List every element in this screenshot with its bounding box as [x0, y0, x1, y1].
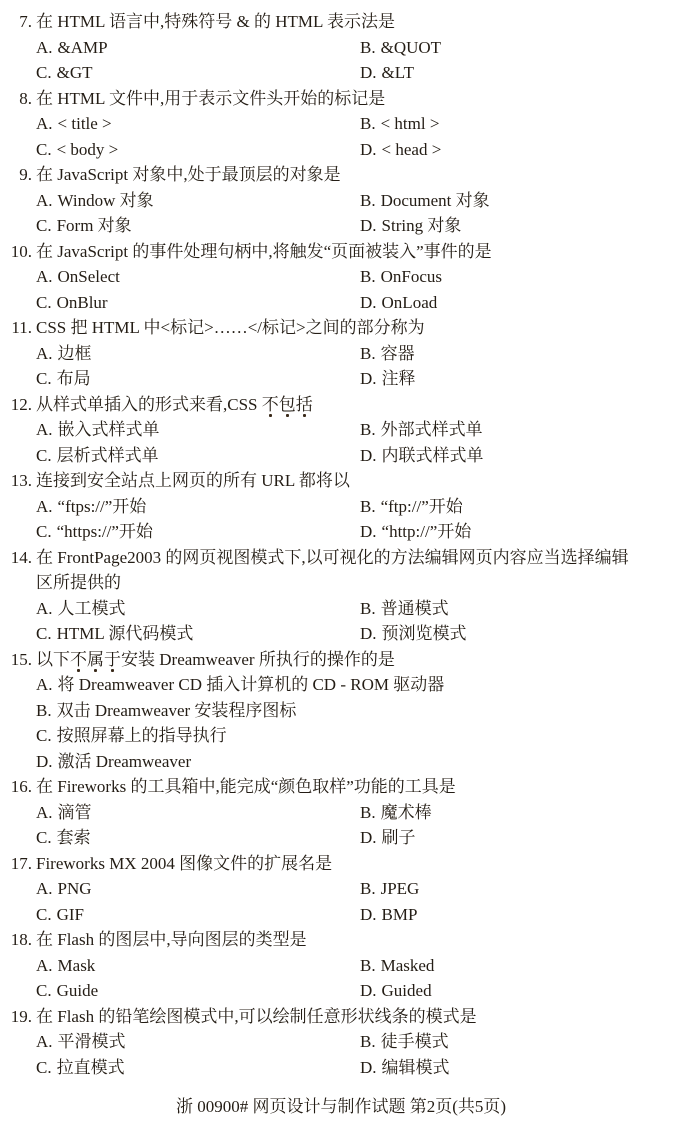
- option-text: 普通模式: [381, 599, 449, 618]
- option-label: A.: [36, 191, 53, 210]
- option-B: B.魔术棒: [360, 800, 672, 826]
- option-text: “http://”开始: [382, 522, 472, 541]
- stem-segment: 从样式单插入的形式来看,CSS: [36, 395, 262, 414]
- question-9: 9.在 JavaScript 对象中,处于最顶层的对象是A.Window 对象B…: [6, 162, 672, 239]
- option-label: C.: [36, 905, 52, 924]
- stem-segment: 在 JavaScript 对象中,处于最顶层的对象是: [36, 165, 341, 184]
- question-stem: 11.CSS 把 HTML 中<标记>……</标记>之间的部分称为: [6, 315, 672, 341]
- option-label: B.: [360, 1032, 376, 1051]
- question-text: 在 JavaScript 对象中,处于最顶层的对象是: [36, 162, 341, 188]
- option-text: “https://”开始: [57, 522, 153, 541]
- option-C: C.套索: [36, 825, 360, 851]
- option-text: “ftp://”开始: [381, 497, 463, 516]
- question-number: 11.: [6, 315, 32, 341]
- option-A: A.&AMP: [36, 35, 360, 61]
- option-text: < body >: [57, 140, 119, 159]
- question-stem: 12.从样式单插入的形式来看,CSS 不包括: [6, 392, 672, 418]
- option-B: B.容器: [360, 341, 672, 367]
- question-11: 11.CSS 把 HTML 中<标记>……</标记>之间的部分称为A.边框B.容…: [6, 315, 672, 392]
- option-D: D.&LT: [360, 60, 672, 86]
- option-text: OnBlur: [57, 293, 108, 312]
- option-text: &QUOT: [381, 38, 441, 57]
- question-number: 17.: [6, 851, 32, 877]
- options: A.PNGB.JPEGC.GIFD.BMP: [6, 876, 672, 927]
- option-label: C.: [36, 828, 52, 847]
- option-text: 内联式样式单: [382, 446, 484, 465]
- option-B: B.徒手模式: [360, 1029, 672, 1055]
- option-A: A.Mask: [36, 953, 360, 979]
- option-A: A.Window 对象: [36, 188, 360, 214]
- option-D: D.“http://”开始: [360, 519, 672, 545]
- option-D: D.刷子: [360, 825, 672, 851]
- option-text: OnFocus: [381, 267, 442, 286]
- option-label: C.: [36, 216, 52, 235]
- option-text: < title >: [58, 114, 112, 133]
- options: A.将 Dreamweaver CD 插入计算机的 CD - ROM 驱动器B.…: [6, 672, 672, 774]
- option-text: 人工模式: [58, 599, 126, 618]
- option-text: 激活 Dreamweaver: [58, 752, 192, 771]
- option-A: A.平滑模式: [36, 1029, 360, 1055]
- option-text: 布局: [57, 369, 91, 388]
- option-label: A.: [36, 675, 53, 694]
- option-label: B.: [360, 956, 376, 975]
- stem-segment: 安装 Dreamweaver 所执行的操作的是: [121, 650, 395, 669]
- question-text: 在 HTML 语言中,特殊符号 & 的 HTML 表示法是: [36, 9, 395, 35]
- option-label: D.: [360, 828, 377, 847]
- option-text: 徒手模式: [381, 1032, 449, 1051]
- option-text: 拉直模式: [57, 1058, 125, 1077]
- option-label: C.: [36, 140, 52, 159]
- question-text: CSS 把 HTML 中<标记>……</标记>之间的部分称为: [36, 315, 425, 341]
- stem-segment: CSS 把 HTML 中<标记>……</标记>之间的部分称为: [36, 318, 425, 337]
- option-text: Guide: [57, 981, 99, 1000]
- option-C: C.&GT: [36, 60, 360, 86]
- option-label: C.: [36, 981, 52, 1000]
- option-B: B.< html >: [360, 111, 672, 137]
- question-18: 18.在 Flash 的图层中,导向图层的类型是A.MaskB.MaskedC.…: [6, 927, 672, 1004]
- option-label: D.: [360, 293, 377, 312]
- question-number: 7.: [6, 9, 32, 35]
- option-text: 套索: [57, 828, 91, 847]
- question-stem: 15.以下不属于安装 Dreamweaver 所执行的操作的是: [6, 647, 672, 673]
- option-D: D.BMP: [360, 902, 672, 928]
- question-text: 在 Flash 的铅笔绘图模式中,可以绘制任意形状线条的模式是: [36, 1004, 477, 1030]
- option-label: A.: [36, 267, 53, 286]
- option-label: A.: [36, 114, 53, 133]
- option-text: 刷子: [382, 828, 416, 847]
- option-A: A.“ftps://”开始: [36, 494, 360, 520]
- option-label: C.: [36, 624, 52, 643]
- option-C: C.按照屏幕上的指导执行: [36, 723, 672, 749]
- option-label: C.: [36, 369, 52, 388]
- options: A.< title >B.< html >C.< body >D.< head …: [6, 111, 672, 162]
- options: A.&AMPB.&QUOTC.&GTD.&LT: [6, 35, 672, 86]
- option-label: A.: [36, 38, 53, 57]
- question-stem: 13.连接到安全站点上网页的所有 URL 都将以: [6, 468, 672, 494]
- option-B: B.JPEG: [360, 876, 672, 902]
- option-label: C.: [36, 726, 52, 745]
- option-label: A.: [36, 599, 53, 618]
- option-B: B.Masked: [360, 953, 672, 979]
- option-text: 将 Dreamweaver CD 插入计算机的 CD - ROM 驱动器: [58, 675, 445, 694]
- question-number: 9.: [6, 162, 32, 188]
- option-label: D.: [360, 369, 377, 388]
- question-number: 8.: [6, 86, 32, 112]
- option-label: A.: [36, 956, 53, 975]
- page-footer: 浙 00900# 网页设计与制作试题 第2页(共5页): [0, 1094, 682, 1119]
- question-8: 8.在 HTML 文件中,用于表示文件头开始的标记是A.< title >B.<…: [6, 86, 672, 163]
- option-text: Window 对象: [58, 191, 154, 210]
- option-B: B.外部式样式单: [360, 417, 672, 443]
- option-text: 嵌入式样式单: [58, 420, 160, 439]
- option-label: B.: [360, 803, 376, 822]
- option-label: D.: [360, 522, 377, 541]
- option-D: D.OnLoad: [360, 290, 672, 316]
- stem-segment: 以下: [36, 650, 70, 669]
- option-text: 边框: [58, 344, 92, 363]
- option-A: A.PNG: [36, 876, 360, 902]
- option-label: B.: [360, 344, 376, 363]
- option-label: D.: [360, 624, 377, 643]
- option-label: D.: [360, 905, 377, 924]
- option-text: Form 对象: [57, 216, 132, 235]
- option-C: C.HTML 源代码模式: [36, 621, 360, 647]
- options: A.嵌入式样式单B.外部式样式单C.层析式样式单D.内联式样式单: [6, 417, 672, 468]
- question-list: 7.在 HTML 语言中,特殊符号 & 的 HTML 表示法是A.&AMPB.&…: [6, 9, 672, 1080]
- option-label: C.: [36, 63, 52, 82]
- stem-segment: 在 Fireworks 的工具箱中,能完成“颜色取样”功能的工具是: [36, 777, 456, 796]
- option-label: B.: [360, 420, 376, 439]
- question-text: 在 FrontPage2003 的网页视图模式下,以可视化的方法编辑网页内容应当…: [36, 545, 629, 571]
- question-text: 在 JavaScript 的事件处理句柄中,将触发“页面被装入”事件的是: [36, 239, 492, 265]
- option-D: D.预浏览模式: [360, 621, 672, 647]
- question-17: 17.Fireworks MX 2004 图像文件的扩展名是A.PNGB.JPE…: [6, 851, 672, 928]
- option-text: OnLoad: [382, 293, 438, 312]
- option-D: D.String 对象: [360, 213, 672, 239]
- question-stem: 7.在 HTML 语言中,特殊符号 & 的 HTML 表示法是: [6, 9, 672, 35]
- emphasized-text: 不包括: [262, 395, 313, 418]
- option-label: B.: [360, 599, 376, 618]
- option-C: C.Guide: [36, 978, 360, 1004]
- question-number: 10.: [6, 239, 32, 265]
- option-D: D.注释: [360, 366, 672, 392]
- option-label: B.: [360, 497, 376, 516]
- option-text: HTML 源代码模式: [57, 624, 194, 643]
- emphasized-text: 不属于: [70, 650, 121, 673]
- question-14: 14.在 FrontPage2003 的网页视图模式下,以可视化的方法编辑网页内…: [6, 545, 672, 647]
- option-text: GIF: [57, 905, 84, 924]
- option-B: B.OnFocus: [360, 264, 672, 290]
- question-16: 16.在 Fireworks 的工具箱中,能完成“颜色取样”功能的工具是A.滴管…: [6, 774, 672, 851]
- question-7: 7.在 HTML 语言中,特殊符号 & 的 HTML 表示法是A.&AMPB.&…: [6, 9, 672, 86]
- option-text: 注释: [382, 369, 416, 388]
- question-text: 从样式单插入的形式来看,CSS 不包括: [36, 392, 313, 418]
- options: A.MaskB.MaskedC.GuideD.Guided: [6, 953, 672, 1004]
- option-label: D.: [360, 63, 377, 82]
- stem-segment: 在 JavaScript 的事件处理句柄中,将触发“页面被装入”事件的是: [36, 242, 492, 261]
- question-stem-continued: 区所提供的: [6, 570, 672, 596]
- options: A.“ftps://”开始B.“ftp://”开始C.“https://”开始D…: [6, 494, 672, 545]
- question-stem: 9.在 JavaScript 对象中,处于最顶层的对象是: [6, 162, 672, 188]
- exam-page: 7.在 HTML 语言中,特殊符号 & 的 HTML 表示法是A.&AMPB.&…: [0, 0, 682, 1132]
- option-B: B.Document 对象: [360, 188, 672, 214]
- option-text: Masked: [381, 956, 435, 975]
- options: A.边框B.容器C.布局D.注释: [6, 341, 672, 392]
- option-text: &AMP: [58, 38, 108, 57]
- option-D: D.Guided: [360, 978, 672, 1004]
- option-D: D.< head >: [360, 137, 672, 163]
- option-text: < head >: [382, 140, 442, 159]
- stem-segment: 在 Flash 的图层中,导向图层的类型是: [36, 930, 307, 949]
- option-label: C.: [36, 1058, 52, 1077]
- question-19: 19.在 Flash 的铅笔绘图模式中,可以绘制任意形状线条的模式是A.平滑模式…: [6, 1004, 672, 1081]
- option-B: B.普通模式: [360, 596, 672, 622]
- option-D: D.编辑模式: [360, 1055, 672, 1081]
- option-text: Guided: [382, 981, 432, 1000]
- question-stem: 16.在 Fireworks 的工具箱中,能完成“颜色取样”功能的工具是: [6, 774, 672, 800]
- option-text: &LT: [382, 63, 414, 82]
- option-text: 双击 Dreamweaver 安装程序图标: [57, 701, 297, 720]
- option-label: C.: [36, 522, 52, 541]
- stem-segment: 连接到安全站点上网页的所有 URL 都将以: [36, 471, 350, 490]
- option-C: C.Form 对象: [36, 213, 360, 239]
- option-text: OnSelect: [58, 267, 120, 286]
- option-D: D.激活 Dreamweaver: [36, 749, 672, 775]
- option-label: A.: [36, 497, 53, 516]
- option-label: A.: [36, 803, 53, 822]
- option-text: BMP: [382, 905, 418, 924]
- option-A: A.OnSelect: [36, 264, 360, 290]
- option-label: B.: [360, 267, 376, 286]
- question-number: 18.: [6, 927, 32, 953]
- option-label: A.: [36, 420, 53, 439]
- option-C: C.拉直模式: [36, 1055, 360, 1081]
- question-number: 13.: [6, 468, 32, 494]
- option-text: 容器: [381, 344, 415, 363]
- option-label: B.: [360, 879, 376, 898]
- option-text: 层析式样式单: [57, 446, 159, 465]
- option-label: D.: [360, 140, 377, 159]
- option-label: A.: [36, 344, 53, 363]
- stem-segment: Fireworks MX 2004 图像文件的扩展名是: [36, 854, 332, 873]
- question-text: 在 Flash 的图层中,导向图层的类型是: [36, 927, 307, 953]
- footer-text: 浙 00900# 网页设计与制作试题 第2页(共5页): [176, 1097, 506, 1116]
- option-B: B.双击 Dreamweaver 安装程序图标: [36, 698, 672, 724]
- question-number: 12.: [6, 392, 32, 418]
- question-number: 14.: [6, 545, 32, 571]
- option-A: A.滴管: [36, 800, 360, 826]
- option-C: C.布局: [36, 366, 360, 392]
- question-text: 在 Fireworks 的工具箱中,能完成“颜色取样”功能的工具是: [36, 774, 456, 800]
- option-B: B.&QUOT: [360, 35, 672, 61]
- option-text: 平滑模式: [58, 1032, 126, 1051]
- question-number: 15.: [6, 647, 32, 673]
- option-A: A.边框: [36, 341, 360, 367]
- option-label: C.: [36, 293, 52, 312]
- question-stem: 14.在 FrontPage2003 的网页视图模式下,以可视化的方法编辑网页内…: [6, 545, 672, 571]
- option-B: B.“ftp://”开始: [360, 494, 672, 520]
- options: A.OnSelectB.OnFocusC.OnBlurD.OnLoad: [6, 264, 672, 315]
- option-text: &GT: [57, 63, 93, 82]
- option-C: C.“https://”开始: [36, 519, 360, 545]
- options: A.人工模式B.普通模式C.HTML 源代码模式D.预浏览模式: [6, 596, 672, 647]
- stem-segment: 在 HTML 语言中,特殊符号 & 的 HTML 表示法是: [36, 12, 395, 31]
- option-label: C.: [36, 446, 52, 465]
- option-A: A.< title >: [36, 111, 360, 137]
- option-A: A.嵌入式样式单: [36, 417, 360, 443]
- option-label: D.: [360, 216, 377, 235]
- option-D: D.内联式样式单: [360, 443, 672, 469]
- option-A: A.将 Dreamweaver CD 插入计算机的 CD - ROM 驱动器: [36, 672, 672, 698]
- question-text: 连接到安全站点上网页的所有 URL 都将以: [36, 468, 350, 494]
- option-label: B.: [360, 114, 376, 133]
- option-text: Document 对象: [381, 191, 490, 210]
- option-text: String 对象: [382, 216, 462, 235]
- option-text: 魔术棒: [381, 803, 432, 822]
- stem-segment: 在 Flash 的铅笔绘图模式中,可以绘制任意形状线条的模式是: [36, 1007, 477, 1026]
- option-C: C.OnBlur: [36, 290, 360, 316]
- option-text: 编辑模式: [382, 1058, 450, 1077]
- question-12: 12.从样式单插入的形式来看,CSS 不包括A.嵌入式样式单B.外部式样式单C.…: [6, 392, 672, 469]
- question-stem: 19.在 Flash 的铅笔绘图模式中,可以绘制任意形状线条的模式是: [6, 1004, 672, 1030]
- question-number: 16.: [6, 774, 32, 800]
- option-label: A.: [36, 1032, 53, 1051]
- option-A: A.人工模式: [36, 596, 360, 622]
- option-label: B.: [360, 191, 376, 210]
- stem-segment: 在 HTML 文件中,用于表示文件头开始的标记是: [36, 89, 385, 108]
- question-stem: 10.在 JavaScript 的事件处理句柄中,将触发“页面被装入”事件的是: [6, 239, 672, 265]
- option-text: 滴管: [58, 803, 92, 822]
- question-text: Fireworks MX 2004 图像文件的扩展名是: [36, 851, 332, 877]
- option-label: D.: [360, 981, 377, 1000]
- option-text: Mask: [58, 956, 96, 975]
- stem-segment: 在 FrontPage2003 的网页视图模式下,以可视化的方法编辑网页内容应当…: [36, 548, 629, 567]
- question-stem: 17.Fireworks MX 2004 图像文件的扩展名是: [6, 851, 672, 877]
- option-label: D.: [36, 752, 53, 771]
- option-label: B.: [36, 701, 52, 720]
- option-label: A.: [36, 879, 53, 898]
- question-13: 13.连接到安全站点上网页的所有 URL 都将以A.“ftps://”开始B.“…: [6, 468, 672, 545]
- option-text: < html >: [381, 114, 440, 133]
- option-text: “ftps://”开始: [58, 497, 147, 516]
- options: A.滴管B.魔术棒C.套索D.刷子: [6, 800, 672, 851]
- option-C: C.GIF: [36, 902, 360, 928]
- option-text: 按照屏幕上的指导执行: [57, 726, 227, 745]
- option-label: D.: [360, 446, 377, 465]
- option-text: JPEG: [381, 879, 420, 898]
- question-text: 以下不属于安装 Dreamweaver 所执行的操作的是: [36, 647, 395, 673]
- option-label: B.: [360, 38, 376, 57]
- options: A.Window 对象B.Document 对象C.Form 对象D.Strin…: [6, 188, 672, 239]
- question-stem: 8.在 HTML 文件中,用于表示文件头开始的标记是: [6, 86, 672, 112]
- option-text: PNG: [58, 879, 92, 898]
- option-C: C.层析式样式单: [36, 443, 360, 469]
- option-C: C.< body >: [36, 137, 360, 163]
- options: A.平滑模式B.徒手模式C.拉直模式D.编辑模式: [6, 1029, 672, 1080]
- option-text: 外部式样式单: [381, 420, 483, 439]
- option-label: D.: [360, 1058, 377, 1077]
- question-10: 10.在 JavaScript 的事件处理句柄中,将触发“页面被装入”事件的是A…: [6, 239, 672, 316]
- question-15: 15.以下不属于安装 Dreamweaver 所执行的操作的是A.将 Dream…: [6, 647, 672, 775]
- question-stem: 18.在 Flash 的图层中,导向图层的类型是: [6, 927, 672, 953]
- question-number: 19.: [6, 1004, 32, 1030]
- option-text: 预浏览模式: [382, 624, 467, 643]
- question-text: 在 HTML 文件中,用于表示文件头开始的标记是: [36, 86, 385, 112]
